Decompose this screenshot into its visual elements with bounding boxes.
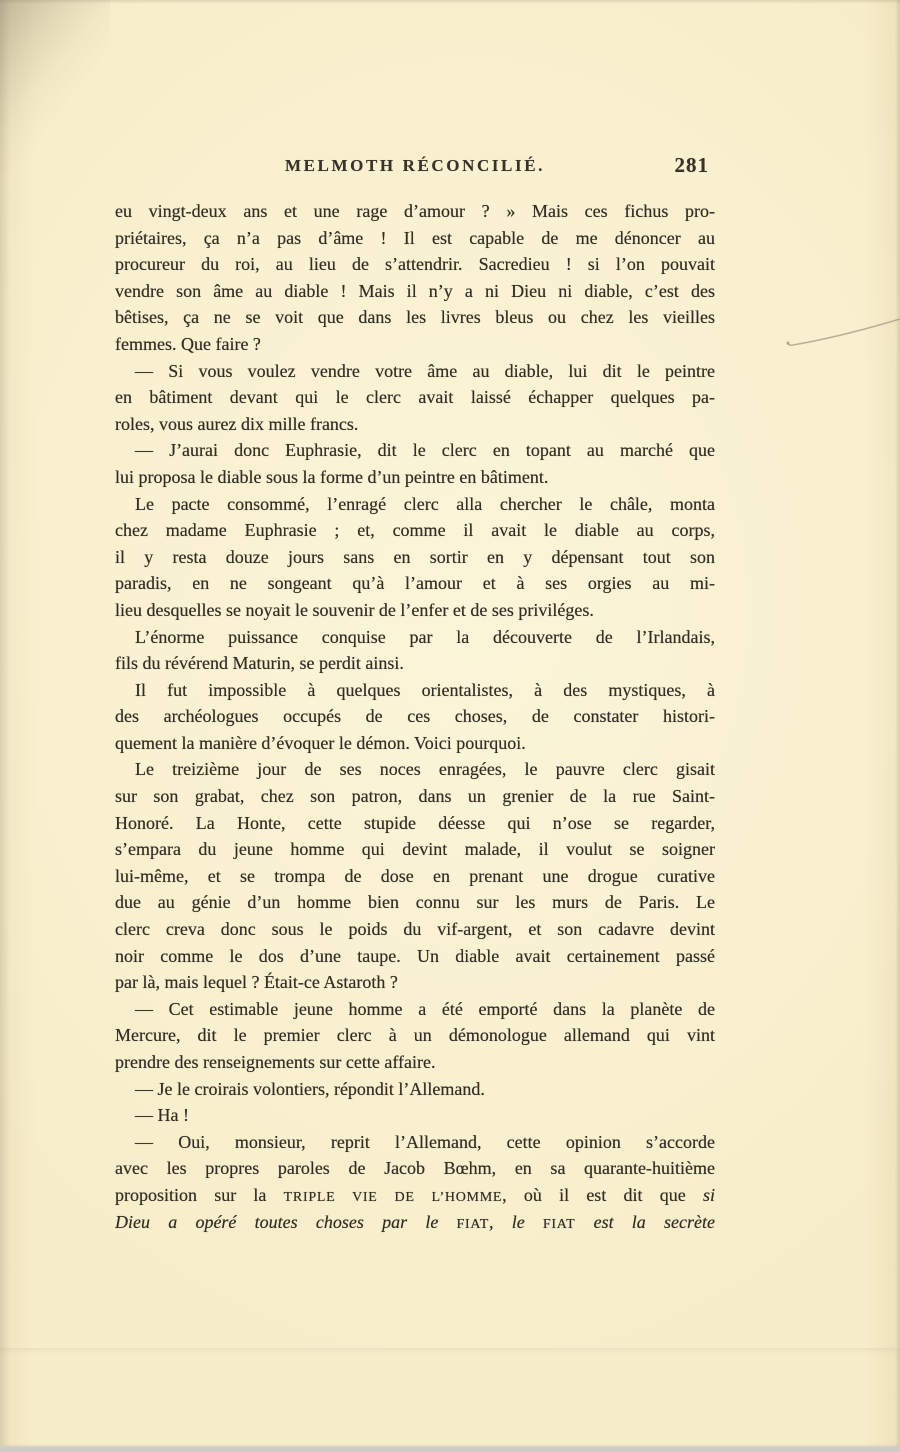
small-caps-text: FIAT — [457, 1216, 489, 1232]
page-bottom-edge — [0, 1444, 900, 1452]
book-page: MELMOTH RÉCONCILIÉ. 281 eu vingt-deux an… — [0, 0, 900, 1452]
text-line: priétaires, ça n’a pas d’âme ! Il est ca… — [115, 225, 715, 252]
body-text: femmes. Que faire ? — [115, 334, 261, 354]
text-line: procureur du roi, au lieu de s’attendrir… — [115, 251, 715, 278]
body-text: prendre des renseignements sur cette aff… — [115, 1052, 436, 1072]
body-text: en bâtiment devant qui le clerc avait la… — [115, 387, 715, 407]
body-text: clerc creva donc sous le poids du vif-ar… — [115, 919, 715, 939]
body-text: Il fut impossible à quelques orientalist… — [135, 680, 715, 700]
text-line: en bâtiment devant qui le clerc avait la… — [115, 384, 715, 411]
page-corner-shadow — [0, 0, 110, 170]
body-text: paradis, en ne songeant qu’à l’amour et … — [115, 573, 715, 593]
text-line: quement la manière d’évoquer le démon. V… — [115, 730, 715, 757]
page-number: 281 — [675, 153, 710, 178]
paragraph: Le pacte consommé, l’enragé clerc alla c… — [115, 491, 715, 624]
body-text: due au génie d’un homme bien connu sur l… — [115, 892, 715, 912]
small-caps-text: TRIPLE VIE DE L’HOMME — [284, 1189, 503, 1205]
body-text: vendre son âme au diable ! Mais il n’y a… — [115, 281, 715, 301]
text-line: chez madame Euphrasie ; et, comme il ava… — [115, 517, 715, 544]
text-line: vendre son âme au diable ! Mais il n’y a… — [115, 278, 715, 305]
text-line: — Ha ! — [115, 1102, 715, 1129]
text-line: lui-même, et se trompa de dose en prenan… — [115, 863, 715, 890]
text-line: lui proposa le diable sous la forme d’un… — [115, 464, 715, 491]
text-line: lieu desquelles se noyait le souvenir de… — [115, 597, 715, 624]
text-line: par là, mais lequel ? Était-ce Astaroth … — [115, 969, 715, 996]
text-line: noir comme le dos d’une taupe. Un diable… — [115, 943, 715, 970]
body-text: — Je le croirais volontiers, répondit l’… — [135, 1079, 485, 1099]
body-text: priétaires, ça n’a pas d’âme ! Il est ca… — [115, 228, 715, 248]
body-text: avec les propres paroles de Jacob Bœhm, … — [115, 1158, 715, 1178]
body-text: sur son grabat, chez son patron, dans un… — [115, 786, 715, 806]
text-line: des archéologues occupés de ces choses, … — [115, 703, 715, 730]
italic-text: Dieu a opéré toutes choses par le — [115, 1212, 457, 1232]
text-line: Dieu a opéré toutes choses par le FIAT, … — [115, 1209, 715, 1236]
text-line: due au génie d’un homme bien connu sur l… — [115, 889, 715, 916]
crease-line — [780, 312, 900, 352]
body-text: Le pacte consommé, l’enragé clerc alla c… — [135, 494, 715, 514]
page-top-edge — [0, 0, 900, 4]
text-line: — Je le croirais volontiers, répondit l’… — [115, 1076, 715, 1103]
text-line: avec les propres paroles de Jacob Bœhm, … — [115, 1155, 715, 1182]
page-right-edge — [895, 0, 900, 1452]
running-head: MELMOTH RÉCONCILIÉ. 281 — [115, 156, 715, 186]
paragraph: eu vingt-deux ans et une rage d’amour ? … — [115, 198, 715, 358]
page-title: MELMOTH RÉCONCILIÉ. — [115, 156, 715, 176]
body-text: — J’aurai donc Euphrasie, dit le clerc e… — [135, 440, 715, 460]
text-line: prendre des renseignements sur cette aff… — [115, 1049, 715, 1076]
body-text: bêtises, ça ne se voit que dans les livr… — [115, 307, 715, 327]
text-line: Honoré. La Honte, cette stupide déesse q… — [115, 810, 715, 837]
body-text: chez madame Euphrasie ; et, comme il ava… — [115, 520, 715, 540]
paragraph: Il fut impossible à quelques orientalist… — [115, 677, 715, 757]
text-line: L’énorme puissance conquise par la décou… — [115, 624, 715, 651]
body-text: eu vingt-deux ans et une rage d’amour ? … — [115, 201, 715, 221]
body-text: lieu desquelles se noyait le souvenir de… — [115, 600, 594, 620]
body-text: procureur du roi, au lieu de s’attendrir… — [115, 254, 715, 274]
body-text: noir comme le dos d’une taupe. Un diable… — [115, 946, 715, 966]
text-line: roles, vous aurez dix mille francs. — [115, 411, 715, 438]
italic-text: , le — [489, 1212, 543, 1232]
text-line: clerc creva donc sous le poids du vif-ar… — [115, 916, 715, 943]
body-text: lui proposa le diable sous la forme d’un… — [115, 467, 548, 487]
text-line: paradis, en ne songeant qu’à l’amour et … — [115, 570, 715, 597]
text-line: — J’aurai donc Euphrasie, dit le clerc e… — [115, 437, 715, 464]
text-line: fils du révérend Maturin, se perdit ains… — [115, 650, 715, 677]
body-text: L’énorme puissance conquise par la décou… — [135, 627, 715, 647]
body-text: proposition sur la — [115, 1185, 284, 1205]
text-line: eu vingt-deux ans et une rage d’amour ? … — [115, 198, 715, 225]
paragraph: Le treizième jour de ses noces enragées,… — [115, 756, 715, 995]
paragraph: — Je le croirais volontiers, répondit l’… — [115, 1076, 715, 1103]
paragraph: — J’aurai donc Euphrasie, dit le clerc e… — [115, 437, 715, 490]
body-text: — Si vous voulez vendre votre âme au dia… — [135, 361, 715, 381]
text-line: Il fut impossible à quelques orientalist… — [115, 677, 715, 704]
text-line: femmes. Que faire ? — [115, 331, 715, 358]
italic-text: est la secrète — [575, 1212, 715, 1232]
paragraph: — Si vous voulez vendre votre âme au dia… — [115, 358, 715, 438]
text-line: il y resta douze jours sans en sortir en… — [115, 544, 715, 571]
italic-text: si — [703, 1185, 715, 1205]
paragraph: — Oui, monsieur, reprit l’Allemand, cett… — [115, 1129, 715, 1235]
body-text: — Ha ! — [135, 1105, 189, 1125]
text-block: eu vingt-deux ans et une rage d’amour ? … — [115, 198, 715, 1235]
body-text: — Cet estimable jeune homme a été emport… — [135, 999, 715, 1019]
body-text: lui-même, et se trompa de dose en prenan… — [115, 866, 715, 886]
body-text: des archéologues occupés de ces choses, … — [115, 706, 715, 726]
text-line: — Cet estimable jeune homme a été emport… — [115, 996, 715, 1023]
body-text: Honoré. La Honte, cette stupide déesse q… — [115, 813, 715, 833]
body-text: Le treizième jour de ses noces enragées,… — [135, 759, 715, 779]
text-line: — Oui, monsieur, reprit l’Allemand, cett… — [115, 1129, 715, 1156]
body-text: par là, mais lequel ? Était-ce Astaroth … — [115, 972, 398, 992]
scan-artifact-band — [0, 1348, 900, 1354]
body-text: quement la manière d’évoquer le démon. V… — [115, 733, 526, 753]
body-text: s’empara du jeune homme qui devint malad… — [115, 839, 715, 859]
small-caps-text: FIAT — [543, 1216, 575, 1232]
text-line: — Si vous voulez vendre votre âme au dia… — [115, 358, 715, 385]
text-line: sur son grabat, chez son patron, dans un… — [115, 783, 715, 810]
text-line: Le treizième jour de ses noces enragées,… — [115, 756, 715, 783]
text-line: s’empara du jeune homme qui devint malad… — [115, 836, 715, 863]
text-line: Mercure, dit le premier clerc à un démon… — [115, 1022, 715, 1049]
paragraph: — Cet estimable jeune homme a été emport… — [115, 996, 715, 1076]
body-text: — Oui, monsieur, reprit l’Allemand, cett… — [135, 1132, 715, 1152]
text-line: Le pacte consommé, l’enragé clerc alla c… — [115, 491, 715, 518]
page-left-edge — [0, 0, 10, 1452]
body-text: roles, vous aurez dix mille francs. — [115, 414, 358, 434]
body-text: il y resta douze jours sans en sortir en… — [115, 547, 715, 567]
paragraph: — Ha ! — [115, 1102, 715, 1129]
paragraph: L’énorme puissance conquise par la décou… — [115, 624, 715, 677]
body-text: , où il est dit que — [502, 1185, 703, 1205]
text-line: proposition sur la TRIPLE VIE DE L’HOMME… — [115, 1182, 715, 1209]
text-line: bêtises, ça ne se voit que dans les livr… — [115, 304, 715, 331]
body-text: fils du révérend Maturin, se perdit ains… — [115, 653, 404, 673]
body-text: Mercure, dit le premier clerc à un démon… — [115, 1025, 715, 1045]
